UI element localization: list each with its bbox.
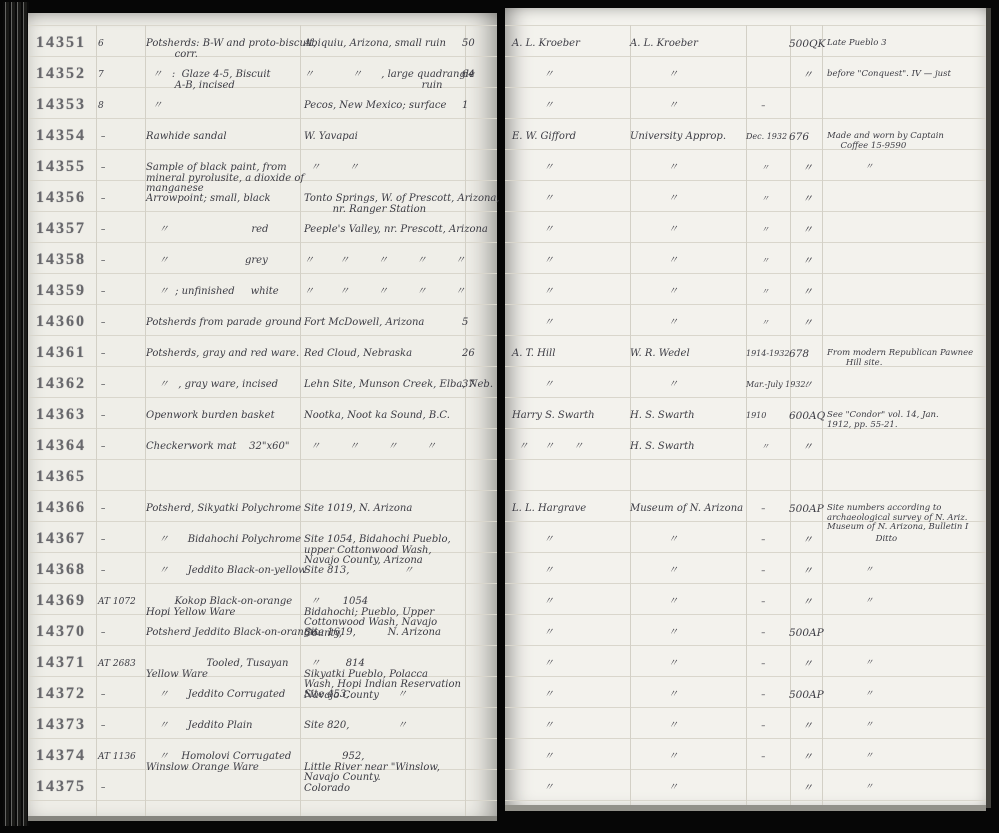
rule-line: [28, 242, 497, 243]
collector: 〃: [512, 690, 554, 701]
collector: 〃: [512, 628, 554, 639]
accession-number: 676: [789, 132, 809, 143]
object-description: 〃 Bidahochi Polychrome: [146, 535, 301, 546]
rule-line: [28, 738, 497, 739]
field-number: –: [98, 287, 105, 298]
collector: 〃 〃 〃: [512, 442, 583, 453]
obtained-from: 〃: [630, 752, 678, 763]
specimen-count: 64: [462, 70, 475, 81]
obtained-from: H. S. Swarth: [630, 411, 695, 422]
accession-number: 〃: [789, 70, 813, 81]
field-number: –: [98, 256, 105, 267]
collection-date: 〃: [746, 442, 769, 451]
remarks: Late Pueblo 3: [827, 39, 886, 49]
remarks: 〃: [827, 752, 873, 762]
remarks: Ditto: [827, 535, 897, 545]
field-number: AT 2683: [98, 659, 136, 670]
obtained-from: 〃: [630, 597, 678, 608]
collection-date: 〃: [746, 225, 769, 234]
rule-line: [28, 707, 497, 708]
accession-number: 500AP: [789, 504, 824, 515]
field-number: –: [98, 566, 105, 577]
obtained-from: 〃: [630, 690, 678, 701]
collector: 〃: [512, 256, 554, 267]
collector: A. T. Hill: [512, 349, 555, 360]
collection-date: 〃: [746, 194, 769, 203]
specimen-count: 26: [462, 349, 475, 360]
locality: Fort McDowell, Arizona: [304, 318, 424, 329]
object-description: Potsherds: B-W and proto-biscuit, corr.: [146, 39, 316, 60]
collection-date: 〃: [746, 256, 769, 265]
catalog-number: 14351: [36, 35, 86, 51]
collection-date: –: [746, 504, 765, 513]
rule-line: [28, 335, 497, 336]
accession-number: 600AQ: [789, 411, 825, 422]
right-page: [505, 8, 986, 805]
catalog-number: 14363: [36, 407, 86, 423]
remarks: 〃: [827, 721, 873, 731]
collector: 〃: [512, 752, 554, 763]
field-number: –: [98, 535, 105, 546]
rule-line: [28, 149, 497, 150]
collection-date: –: [746, 566, 765, 575]
rule-line: [28, 800, 497, 801]
collector: E. W. Gifford: [512, 132, 576, 143]
locality: Site 453, 〃: [304, 690, 407, 701]
catalog-number: 14361: [36, 345, 86, 361]
specimen-count: 37: [462, 380, 475, 391]
field-number: AT 1072: [98, 597, 136, 608]
collection-date: –: [746, 659, 765, 668]
remarks: See "Condor" vol. 14, Jan. 1912, pp. 55-…: [827, 411, 939, 430]
collection-date: –: [746, 628, 765, 637]
locality: Site 813, 〃: [304, 566, 413, 577]
collection-date: –: [746, 752, 765, 761]
rule-line: [28, 459, 497, 460]
object-description: 〃 Jeddito Black-on-yellow: [146, 566, 307, 577]
accession-number: 500AP: [789, 690, 824, 701]
catalog-number: 14372: [36, 686, 86, 702]
accession-number: 〃: [789, 225, 813, 236]
collection-date: –: [746, 690, 765, 699]
rule-line: [28, 428, 497, 429]
obtained-from: 〃: [630, 783, 678, 794]
obtained-from: 〃: [630, 101, 678, 112]
collection-date: –: [746, 101, 765, 110]
obtained-from: 〃: [630, 659, 678, 670]
object-description: 〃: [146, 101, 162, 112]
object-description: 〃 grey: [146, 256, 268, 267]
locality: Site 1619, N. Arizona: [304, 628, 441, 639]
remarks: 〃: [827, 690, 873, 700]
field-number: –: [98, 132, 105, 143]
obtained-from: H. S. Swarth: [630, 442, 695, 453]
object-description: Checkerwork mat 32"x60": [146, 442, 289, 453]
locality: 〃 〃 , large quadrangle ruin: [304, 70, 475, 91]
rule-line: [28, 118, 497, 119]
accession-number: 678: [789, 349, 809, 360]
rule-line: [28, 583, 497, 584]
catalog-number: 14354: [36, 128, 86, 144]
catalog-number: 14355: [36, 159, 86, 175]
collector: A. L. Kroeber: [512, 39, 580, 50]
locality: Site 820, 〃: [304, 721, 407, 732]
object-description: 〃 red: [146, 225, 268, 236]
obtained-from: 〃: [630, 70, 678, 81]
column-rule: [96, 25, 97, 816]
object-description: 〃 Jeddito Plain: [146, 721, 252, 732]
collection-date: 1914-1932: [746, 349, 789, 358]
object-description: 〃 ; unfinished white: [146, 287, 279, 298]
obtained-from: 〃: [630, 194, 678, 205]
catalog-number: 14375: [36, 779, 86, 795]
accession-number: 〃: [789, 163, 813, 174]
object-description: Kokop Black-on-orange Hopi Yellow Ware: [146, 597, 292, 618]
catalog-number: 14353: [36, 97, 86, 113]
collection-date: 1910: [746, 411, 766, 420]
locality: Site 1054, Bidahochi Pueblo, upper Cotto…: [304, 535, 451, 567]
locality: 〃 〃 〃 〃: [304, 442, 436, 453]
collector: 〃: [512, 721, 554, 732]
collector: 〃: [512, 535, 554, 546]
obtained-from: University Approp.: [630, 132, 726, 143]
locality: Nootka, Noot ka Sound, B.C.: [304, 411, 450, 422]
catalog-number: 14366: [36, 500, 86, 516]
collector: 〃: [512, 659, 554, 670]
rule-line: [28, 366, 497, 367]
object-description: Rawhide sandal: [146, 132, 227, 143]
locality: 〃 〃 〃 〃 〃: [304, 287, 465, 298]
accession-number: 〃: [789, 380, 813, 391]
catalog-number: 14367: [36, 531, 86, 547]
object-description: Sample of black paint, from mineral pyro…: [146, 163, 304, 195]
catalog-number: 14374: [36, 748, 86, 764]
obtained-from: 〃: [630, 535, 678, 546]
accession-number: 〃: [789, 752, 813, 763]
column-rule: [300, 25, 301, 816]
scanned-ledger-photo: 143516Potsherds: B-W and proto-biscuit, …: [0, 0, 999, 833]
collector: 〃: [512, 380, 554, 391]
obtained-from: 〃: [630, 225, 678, 236]
remarks: 〃: [827, 163, 873, 173]
column-rule: [465, 25, 466, 816]
catalog-number: 14373: [36, 717, 86, 733]
field-number: 7: [98, 70, 104, 81]
object-description: Potsherds, gray and red ware.: [146, 349, 299, 360]
accession-number: 500AP: [789, 628, 824, 639]
book-page-edges: [3, 2, 29, 826]
collection-date: –: [746, 535, 765, 544]
field-number: 6: [98, 39, 104, 50]
object-description: 〃 Homolovi Corrugated Winslow Orange War…: [146, 752, 291, 773]
collector: 〃: [512, 566, 554, 577]
obtained-from: 〃: [630, 256, 678, 267]
collection-date: 〃: [746, 163, 769, 172]
collector: 〃: [512, 194, 554, 205]
object-description: 〃 Jeddito Corrugated: [146, 690, 285, 701]
collector: 〃: [512, 597, 554, 608]
field-number: –: [98, 349, 105, 360]
field-number: –: [98, 690, 105, 701]
collection-date: –: [746, 721, 765, 730]
locality: 〃 〃 〃 〃 〃: [304, 256, 465, 267]
collection-date: 〃: [746, 287, 769, 296]
obtained-from: 〃: [630, 566, 678, 577]
right-page-bottom-edge: [505, 805, 986, 811]
rule-line: [28, 25, 497, 26]
field-number: –: [98, 721, 105, 732]
collector: 〃: [512, 225, 554, 236]
collection-date: Dec. 1932: [746, 132, 787, 141]
catalog-number: 14359: [36, 283, 86, 299]
remarks: 〃: [827, 659, 873, 669]
field-number: –: [98, 163, 105, 174]
specimen-count: 1: [462, 101, 468, 112]
collector: 〃: [512, 318, 554, 329]
remarks: 〃: [827, 783, 873, 793]
accession-number: 〃: [789, 721, 813, 732]
field-number: –: [98, 411, 105, 422]
accession-number: 〃: [789, 256, 813, 267]
obtained-from: A. L. Kroeber: [630, 39, 698, 50]
collector: 〃: [512, 783, 554, 794]
collector: 〃: [512, 101, 554, 112]
catalog-number: 14370: [36, 624, 86, 640]
object-description: Arrowpoint; small, black: [146, 194, 271, 205]
remarks: From modern Republican Pawnee Hill site.: [827, 349, 973, 368]
obtained-from: 〃: [630, 380, 678, 391]
collector: 〃: [512, 163, 554, 174]
field-number: –: [98, 318, 105, 329]
rule-line: [28, 397, 497, 398]
catalog-number: 14357: [36, 221, 86, 237]
field-number: AT 1136: [98, 752, 136, 763]
locality: Pecos, New Mexico; surface: [304, 101, 446, 112]
rule-line: [28, 645, 497, 646]
field-number: –: [98, 783, 105, 794]
accession-number: 〃: [789, 783, 813, 794]
rule-line: [28, 521, 497, 522]
accession-number: 〃: [789, 597, 813, 608]
locality: Red Cloud, Nebraska: [304, 349, 412, 360]
accession-number: 〃: [789, 535, 813, 546]
locality: W. Yavapai: [304, 132, 358, 143]
rule-line: [28, 304, 497, 305]
collection-date: –: [746, 597, 765, 606]
locality: Tonto Springs, W. of Prescott, Arizona, …: [304, 194, 500, 215]
specimen-count: 5: [462, 318, 468, 329]
collector: 〃: [512, 287, 554, 298]
field-number: –: [98, 380, 105, 391]
book-cover-edge: [986, 8, 991, 808]
object-description: Potsherd Jeddito Black-on-orange.: [146, 628, 319, 639]
catalog-number: 14356: [36, 190, 86, 206]
accession-number: 〃: [789, 287, 813, 298]
left-page-bottom-edge: [28, 816, 497, 821]
obtained-from: 〃: [630, 318, 678, 329]
specimen-count: 50: [462, 39, 475, 50]
catalog-number: 14362: [36, 376, 86, 392]
field-number: –: [98, 628, 105, 639]
accession-number: 〃: [789, 442, 813, 453]
catalog-number: 14364: [36, 438, 86, 454]
catalog-number: 14371: [36, 655, 86, 671]
accession-number: 〃: [789, 318, 813, 329]
catalog-number: 14368: [36, 562, 86, 578]
accession-number: 500QK: [789, 39, 826, 50]
obtained-from: 〃: [630, 628, 678, 639]
catalog-number: 14360: [36, 314, 86, 330]
obtained-from: 〃: [630, 287, 678, 298]
locality: Site 1019, N. Arizona: [304, 504, 412, 515]
locality: Peeple's Valley, nr. Prescott, Arizona: [304, 225, 488, 236]
collector: Harry S. Swarth: [512, 411, 595, 422]
rule-line: [28, 490, 497, 491]
field-number: –: [98, 194, 105, 205]
remarks: 〃: [827, 566, 873, 576]
obtained-from: 〃: [630, 163, 678, 174]
field-number: –: [98, 442, 105, 453]
object-description: Potsherd, Sikyatki Polychrome: [146, 504, 301, 515]
field-number: –: [98, 504, 105, 515]
obtained-from: Museum of N. Arizona: [630, 504, 743, 515]
object-description: 〃 : Glaze 4-5, Biscuit A-B, incised: [146, 70, 271, 91]
locality: Abiquiu, Arizona, small ruin: [304, 39, 446, 50]
object-description: Tooled, Tusayan Yellow Ware: [146, 659, 288, 680]
object-description: Potsherds from parade ground: [146, 318, 302, 329]
collector: 〃: [512, 70, 554, 81]
catalog-number: 14352: [36, 66, 86, 82]
field-number: 8: [98, 101, 104, 112]
object-description: Openwork burden basket: [146, 411, 275, 422]
locality: 〃 〃: [304, 163, 359, 174]
rule-line: [28, 273, 497, 274]
accession-number: 〃: [789, 659, 813, 670]
catalog-number: 14358: [36, 252, 86, 268]
accession-number: 〃: [789, 566, 813, 577]
obtained-from: W. R. Wedel: [630, 349, 690, 360]
collection-date: 〃: [746, 318, 769, 327]
remarks: Made and worn by Captain Coffee 15-9590: [827, 132, 944, 151]
catalog-number: 14365: [36, 469, 86, 485]
accession-number: 〃: [789, 194, 813, 205]
obtained-from: 〃: [630, 721, 678, 732]
catalog-number: 14369: [36, 593, 86, 609]
locality: 952, Little River near "Winslow, Navajo …: [304, 752, 440, 794]
remarks: before "Conquest". IV — just: [827, 70, 951, 80]
remarks: 〃: [827, 597, 873, 607]
field-number: –: [98, 225, 105, 236]
remarks: Site numbers according to archaeological…: [827, 504, 968, 533]
collector: L. L. Hargrave: [512, 504, 586, 515]
object-description: 〃 , gray ware, incised: [146, 380, 278, 391]
